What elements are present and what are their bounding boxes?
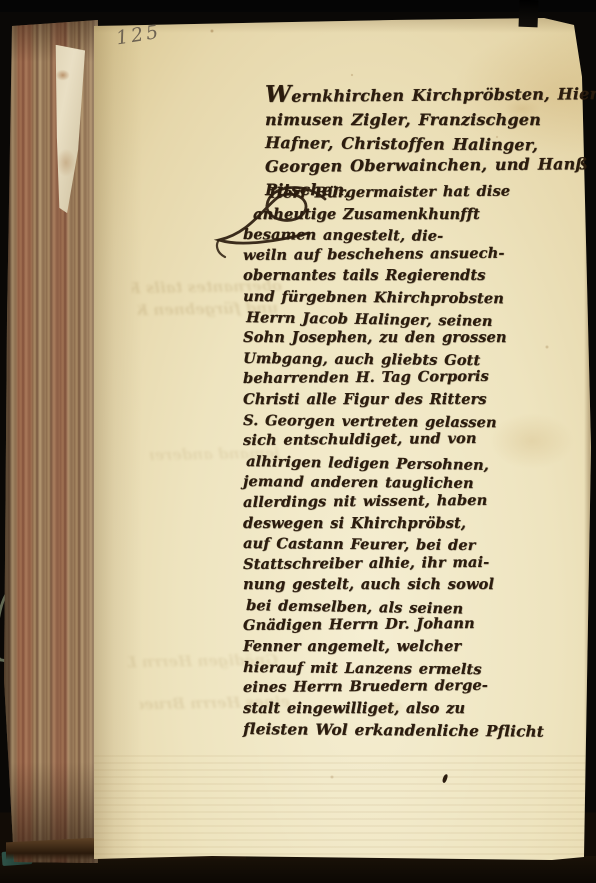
text-line: beharrenden H. Tag Corporis	[243, 367, 544, 390]
paragraph-minute: Herr Bürgermaister hat dise anheutige Zu…	[243, 184, 544, 740]
text-line: allerdings nit wissent, haben	[243, 490, 544, 513]
text-line: weiln auf beschehens ansuech-	[243, 243, 544, 266]
text-line: Georgen Oberwainchen, und Hanß	[265, 152, 596, 178]
text-line: obernantes tails Regierendts	[243, 266, 544, 287]
text-line: anheutige Zusamenkhunfft	[243, 205, 544, 226]
text-line: Stattschreiber alhie, ihr mai-	[243, 552, 544, 575]
binding-clamp	[519, 0, 539, 27]
book-spine-page-edges	[4, 20, 98, 863]
text-line: Christi alle Figur des Ritters	[243, 390, 544, 411]
text-line: nung gestelt, auch sich sowol	[243, 575, 544, 596]
text-line: Herr Bürgermaister hat dise	[243, 181, 544, 204]
text-line: nimusen Zigler, Franzischgen	[265, 108, 596, 131]
text-line: sich entschuldiget, und von	[243, 428, 544, 451]
photo-background: 125 obernantes tails Regierendts und für…	[0, 0, 596, 883]
text-line: Fenner angemelt, welcher	[243, 637, 544, 658]
text-line: Wernkhirchen Kirchpröbsten, Hiero-	[265, 80, 596, 108]
text-line: stalt eingewilliget, also zu	[243, 699, 544, 720]
text-line: Herrn Jacob Halinger, seinen	[246, 308, 547, 333]
text-line: Gnädigen Herrn Dr. Johann	[243, 614, 544, 637]
text-line: deswegen si Khirchpröbst,	[243, 514, 544, 535]
text-line: fleisten Wol erkandenliche Pflicht	[243, 719, 544, 742]
text-line: eines Herrn Bruedern derge-	[243, 676, 544, 699]
text-line: und fürgebnen Khirchprobsten	[243, 287, 544, 310]
